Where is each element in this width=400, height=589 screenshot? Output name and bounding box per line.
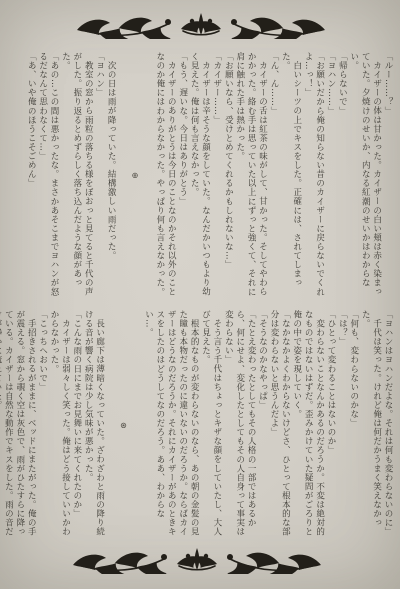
scene-divider: ⊛ (129, 52, 140, 300)
dialogue-line: 「お願いなら、受けとめてくれるかもしれないな…」 (222, 52, 233, 300)
dialogue-line: 「こんな雨の日にまでお見舞いに来てくれたのか」 (70, 310, 81, 542)
dialogue-line: 「そうなのかなやっぱ」 (256, 310, 267, 542)
dialogue-line: 「は？」 (336, 310, 347, 542)
dialogue-line: 「ひとって変わることはないのか」 (325, 310, 336, 542)
dialogue-line: 「ヨハンはヨハンだよな。それは何も変わらないのに」 (382, 310, 393, 542)
dialogue-line: 「ん、ん……」 (268, 52, 279, 300)
narration-paragraph: 次の日は雨が降っていた。結構激しい雨だった。 (105, 52, 116, 300)
narration-paragraph: カイザーのありがとうは今日のことなのかそれ以外のことなのか俺にはわからなかった。… (153, 52, 176, 300)
dialogue-line: 「あ、いや俺のほうこそごめん」 (25, 52, 36, 300)
narration-paragraph: カイザーは辛そうな顔をしていた。なんだかいつもより幼く見えた。俺は何も言えなかっ… (188, 52, 211, 300)
dialogue-line: 「カイザー……」 (211, 52, 222, 300)
dialogue-line: 「あの…この間は悪かったな。まさかあそこまでヨハンが怒るだなんて思わなくて…」 (36, 52, 59, 300)
narration-paragraph: 白いシーツの上でキスをした。正確には、されてしまった。 (279, 52, 302, 300)
narration-paragraph: 手招きされるがままに、ベッドにまたがった。俺の手が震える。窓から覗く空は灰色で、… (0, 310, 36, 542)
narration-paragraph: 教室の窓から雨粒の落ちる様をぼおっと見てると千代の声がした。振り返るとめずらしく… (59, 52, 93, 300)
narration-paragraph: カイザーは弱々しく笑った。俺はどう接していいかわからなかった。 (48, 310, 71, 542)
book-page: 「ルー……？」カイザーの体は甘かった。カイザーの白い頬は赤く染まっていた。夕焼け… (0, 0, 400, 589)
dialogue-line: 「何も、変わらないのかな」 (347, 310, 358, 542)
floral-ornament-top (72, 9, 330, 39)
narration-paragraph: 長い廊下は薄暗くなっていた。ざわざわと雨の降り続ける音が響く病院は少し気味が悪か… (82, 310, 105, 542)
dialogue-line: 「なかなかよくわからないけどさ、ひとって根本的な部分は変わらないと思うんだよ」 (268, 310, 291, 542)
narration-paragraph: 根本的なものが変わらないのなら、あの朝の金髪の見た瞳も本物だったのに違いないのだ… (142, 310, 199, 542)
dialogue-line: 「帰らないで」 (336, 52, 347, 300)
dialogue-line: 「ルー……？」 (382, 52, 393, 300)
dialogue-line: 「ヨハン……」 (325, 52, 336, 300)
narration-paragraph: 千代は笑った。けれど俺は何だかうまく笑えなかった。 (359, 310, 382, 542)
dialogue-line: 「お願いだから俺の知らない昔のカイザーに戻らないでくれよ…っ！」 (302, 52, 325, 300)
narration-paragraph: そう言う千代はちょっとキザな顔をしていたし、大人びて見えた。 (199, 310, 222, 542)
narration-paragraph: 変わらないことなんかあるのだろうか。不変は絶対的なものではないはずだ。歪みかけて… (290, 310, 324, 542)
upper-text-block: 「ルー……？」カイザーの体は甘かった。カイザーの白い頬は赤く染まっていた。夕焼け… (25, 52, 393, 300)
narration-paragraph: カイザーの体は甘かった。カイザーの白い頬は赤く染まっていた。夕焼けのせいか、内な… (347, 52, 381, 300)
dialogue-line: 「もう、遅いな。今日はありがとう」 (176, 52, 187, 300)
dialogue-line: 「ヨハン」 (93, 52, 104, 300)
floral-ornament-bottom (68, 544, 326, 574)
lower-text-block: 「ヨハンはヨハンだよな。それは何も変わらないのに」千代は笑った。けれど俺は何だか… (0, 310, 393, 542)
scene-divider: ⊛ (118, 310, 129, 542)
dialogue-line: 「たとえ変わったとしてもその人格の一部ではあるから、何にせよ、変化したとしてもそ… (222, 310, 256, 542)
dialogue-line: 「こっちへおいで」 (36, 310, 47, 542)
narration-paragraph: カイザーの舌は紅茶の味がして、甘かった。そしてやわらかかった。絡む手は思っていた… (233, 52, 267, 300)
